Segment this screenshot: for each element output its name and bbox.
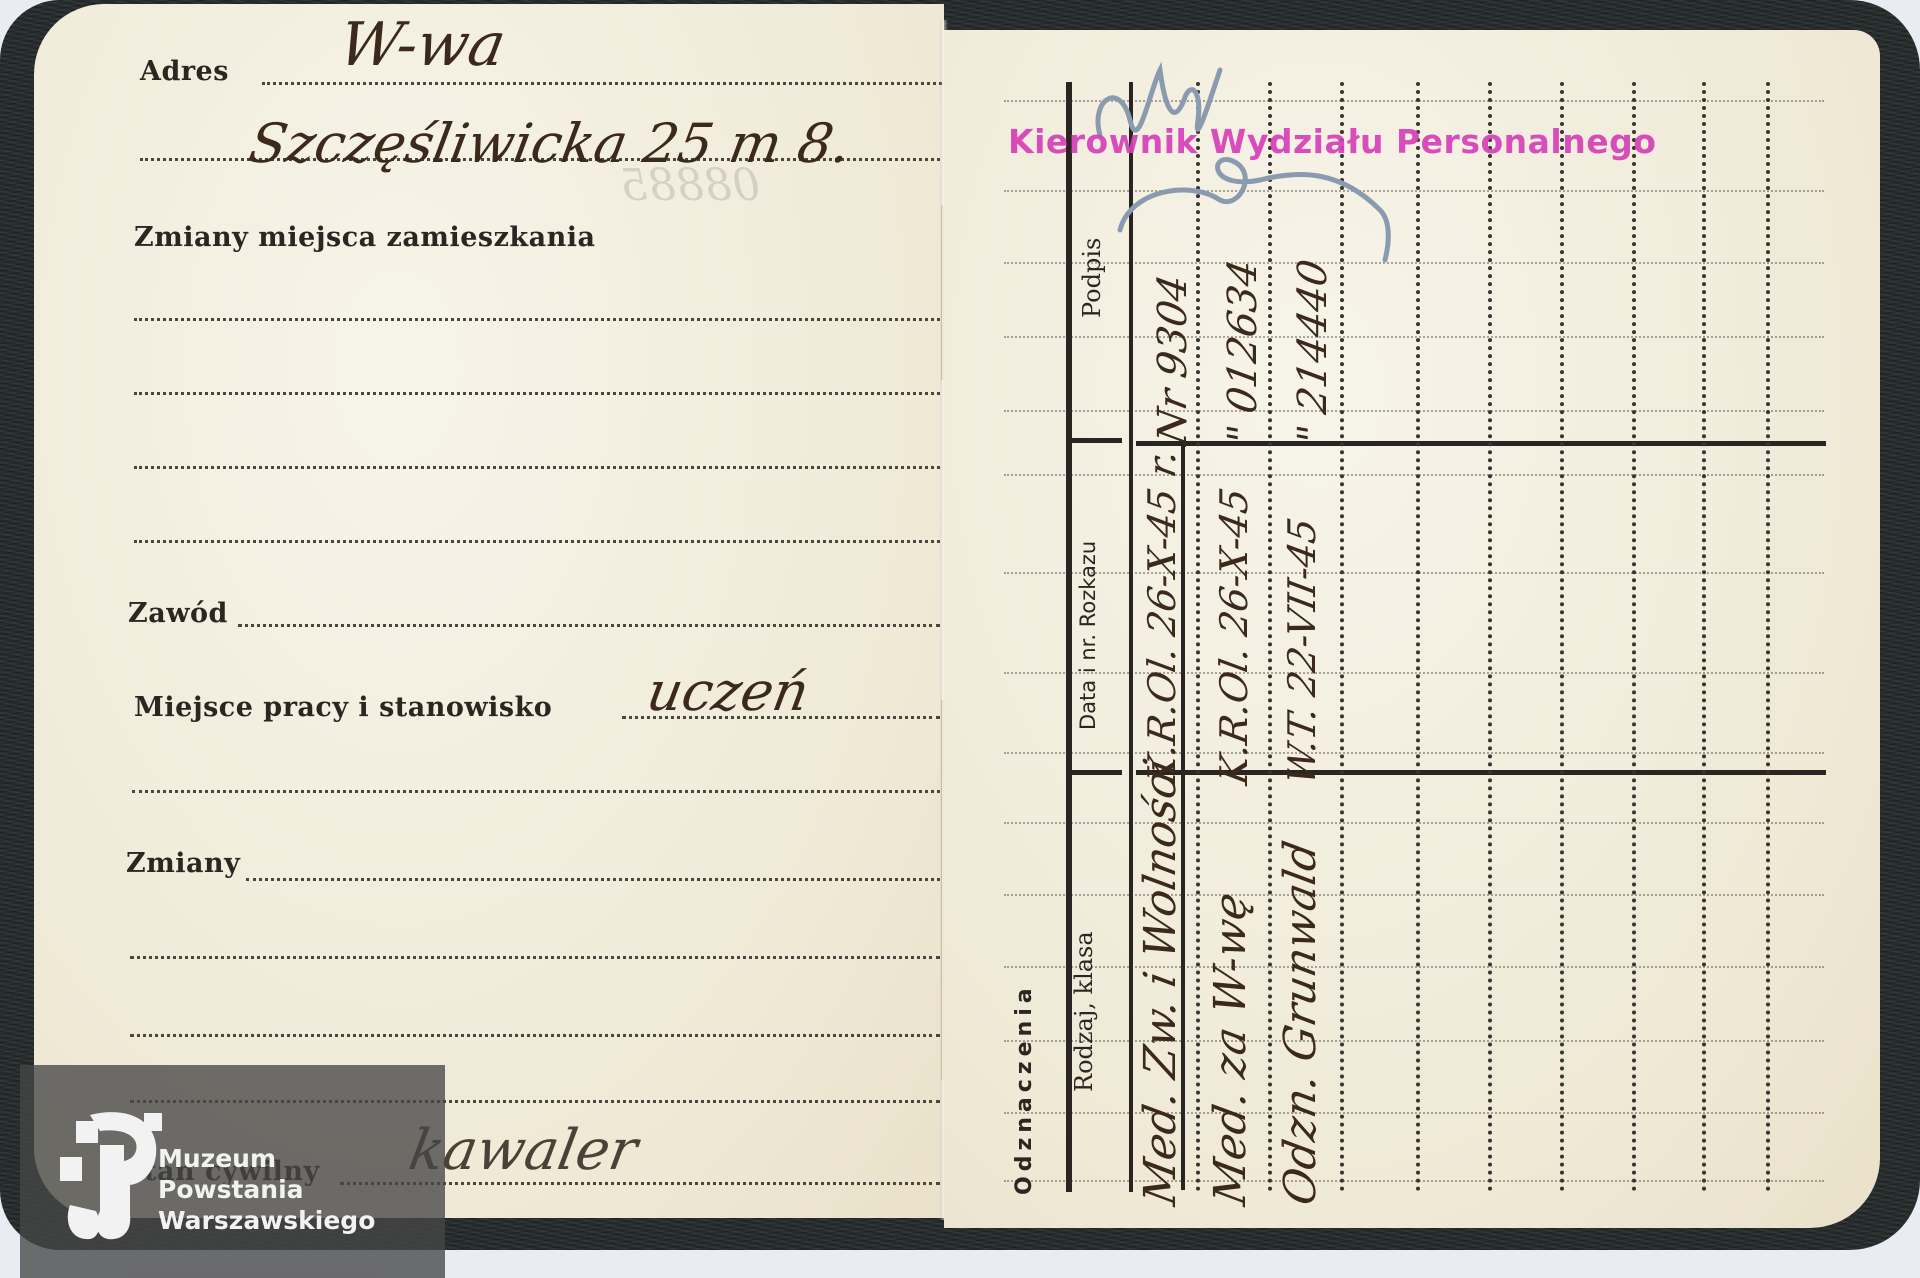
column-divider bbox=[1488, 82, 1492, 1192]
label-zmiany-miejsca: Zmiany miejsca zamieszkania bbox=[134, 222, 596, 253]
entry-rodzaj: Med. za W-wę bbox=[1205, 889, 1256, 1209]
dotted-line bbox=[262, 82, 942, 85]
faint-rule bbox=[1004, 474, 1824, 476]
dotted-line bbox=[134, 540, 940, 543]
faint-rule bbox=[1004, 410, 1824, 412]
value-miejsce-pracy: uczeń bbox=[642, 660, 813, 723]
dotted-line bbox=[132, 790, 940, 793]
faint-rule bbox=[1004, 894, 1824, 896]
personnel-dept-stamp: Kierownik Wydziału Personalnego bbox=[1008, 122, 1656, 161]
label-zawod: Zawód bbox=[128, 598, 228, 629]
faint-rule bbox=[1004, 1112, 1824, 1114]
table-title: Odznaczenia bbox=[1012, 983, 1037, 1195]
dotted-line bbox=[130, 1034, 940, 1037]
faint-rule bbox=[1004, 966, 1824, 968]
label-miejsce-pracy: Miejsce pracy i stanowisko bbox=[134, 692, 552, 723]
faint-rule bbox=[1004, 822, 1824, 824]
column-divider bbox=[1560, 82, 1564, 1192]
faint-rule bbox=[1004, 672, 1824, 674]
museum-name-line3: Warszawskiego bbox=[158, 1205, 375, 1236]
faint-rule bbox=[1004, 572, 1824, 574]
museum-name-line2: Powstania bbox=[158, 1174, 375, 1205]
entry-podpis: " 012634 bbox=[1220, 256, 1266, 448]
museum-watermark: Muzeum Powstania Warszawskiego bbox=[20, 1065, 445, 1278]
entry-rodzaj: Odzn. Grunwald bbox=[1275, 837, 1326, 1209]
value-street: Szczęśliwicka 25 m 8. bbox=[244, 112, 855, 175]
dotted-line bbox=[246, 878, 940, 881]
column-divider bbox=[1416, 82, 1420, 1192]
museum-name-line1: Muzeum bbox=[158, 1143, 375, 1174]
dotted-line bbox=[134, 392, 940, 395]
column-divider bbox=[1702, 82, 1706, 1192]
faint-rule bbox=[1004, 1180, 1824, 1182]
dotted-line bbox=[238, 624, 940, 627]
value-city: W-wa bbox=[334, 10, 511, 80]
label-zmiany: Zmiany bbox=[126, 848, 240, 879]
entry-podpis: Nr 9304 bbox=[1150, 271, 1196, 448]
dotted-line bbox=[134, 466, 940, 469]
entry-data: K.R.Ol. 26-X-45 bbox=[1212, 485, 1256, 788]
signature-icon bbox=[1060, 60, 1400, 270]
dotted-line bbox=[130, 956, 940, 959]
dotted-line bbox=[134, 318, 940, 321]
faint-rule bbox=[1004, 1040, 1824, 1042]
label-adres: Adres bbox=[140, 56, 229, 87]
entry-rodzaj: Med. Zw. i Wolności bbox=[1135, 755, 1186, 1209]
faint-rule bbox=[1004, 752, 1824, 754]
entry-podpis: " 214440 bbox=[1290, 256, 1336, 448]
table-rule bbox=[1070, 770, 1122, 775]
column-divider bbox=[1766, 82, 1770, 1192]
faint-rule bbox=[1004, 336, 1824, 338]
entry-data: K.R.Ol. 26-X-45 r. bbox=[1140, 446, 1184, 787]
column-divider bbox=[1632, 82, 1636, 1192]
table-rule bbox=[1070, 438, 1122, 443]
entry-data: W.T. 22-VII-45 bbox=[1280, 515, 1324, 788]
museum-name: Muzeum Powstania Warszawskiego bbox=[158, 1143, 375, 1236]
column-header-rodzaj: Rodzaj, klasa bbox=[1070, 931, 1098, 1092]
column-header-data: Data i nr. Rozkazu bbox=[1076, 541, 1100, 730]
